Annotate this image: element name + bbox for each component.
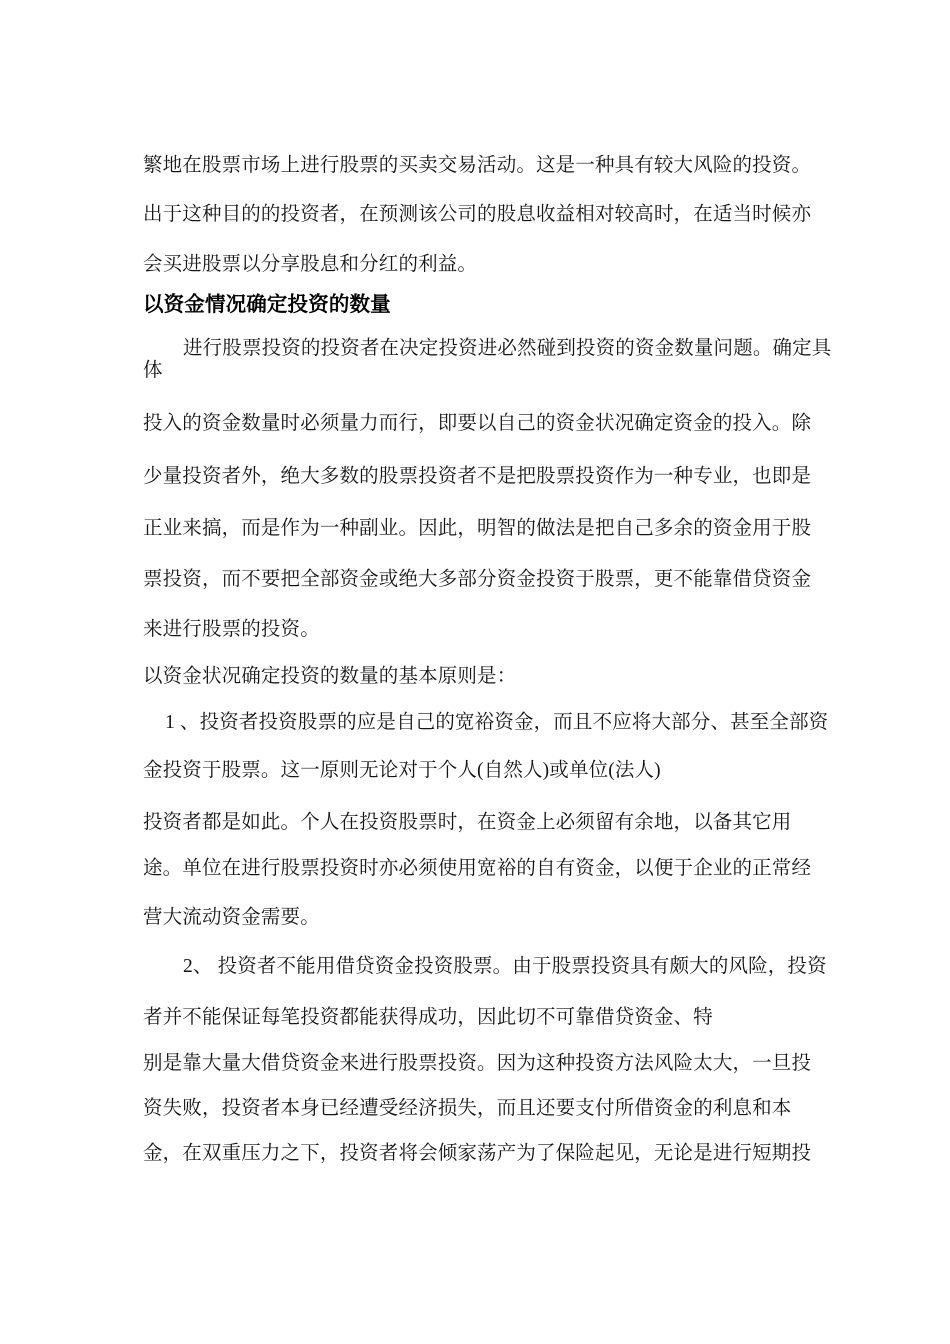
text-line: 票投资，而不要把全部资金或绝大多部分资金投资于股票，更不能靠借贷资金: [143, 568, 811, 591]
text-line: 繁地在股票市场上进行股票的买卖交易活动。这是一种具有较大风险的投资。: [143, 154, 811, 177]
text-line: 进行股票投资的投资者在决定投资进必然碰到投资的资金数量问题。确定具: [143, 337, 831, 360]
text-line: 来进行股票的投资。: [143, 618, 320, 641]
text-line: 者并不能保证每笔投资都能获得成功，因此切不可靠借贷资金、特: [143, 1006, 713, 1029]
text-line: 正业来搞，而是作为一种副业。因此，明智的做法是把自己多余的资金用于股: [143, 517, 811, 540]
list-item-1: 1 、投资者投资股票的应是自己的宽裕资金，而且不应将大部分、甚至全部资: [143, 711, 828, 734]
text-line: 会买进股票以分享股息和分红的利益。: [143, 253, 477, 276]
text-line: 别是靠大量大借贷资金来进行股票投资。因为这种投资方法风险太大，一旦投: [143, 1052, 811, 1075]
text-line: 投入的资金数量时必须量力而行，即要以自己的资金状况确定资金的投入。除: [143, 412, 811, 435]
text-line: 投资者都是如此。个人在投资股票时，在资金上必须留有余地，以备其它用: [143, 811, 791, 834]
text-line: 出于这种目的的投资者，在预测该公司的股息收益相对较高时，在适当时候亦: [143, 203, 811, 226]
text-line: 途。单位在进行股票投资时亦必须使用宽裕的自有资金，以便于企业的正常经: [143, 857, 811, 880]
text-line: 少量投资者外，绝大多数的股票投资者不是把股票投资作为一种专业，也即是: [143, 465, 811, 488]
text-line: 金投资于股票。这一原则无论对于个人(自然人)或单位(法人): [143, 759, 661, 782]
section-heading: 以资金情况确定投资的数量: [143, 294, 391, 317]
text-line: 体: [143, 359, 163, 382]
text-line: 资失败，投资者本身已经遭受经济损失，而且还要支付所借资金的利息和本: [143, 1097, 791, 1120]
list-item-2: 2、 投资者不能用借贷资金投资股票。由于股票投资具有颇大的风险，投资: [143, 955, 827, 978]
document-page: 繁地在股票市场上进行股票的买卖交易活动。这是一种具有较大风险的投资。 出于这种目…: [0, 0, 950, 1344]
text-line: 营大流动资金需要。: [143, 906, 320, 929]
text-line: 金，在双重压力之下，投资者将会倾家荡产为了保险起见，无论是进行短期投: [143, 1142, 811, 1165]
text-line: 以资金状况确定投资的数量的基本原则是：: [143, 665, 516, 688]
